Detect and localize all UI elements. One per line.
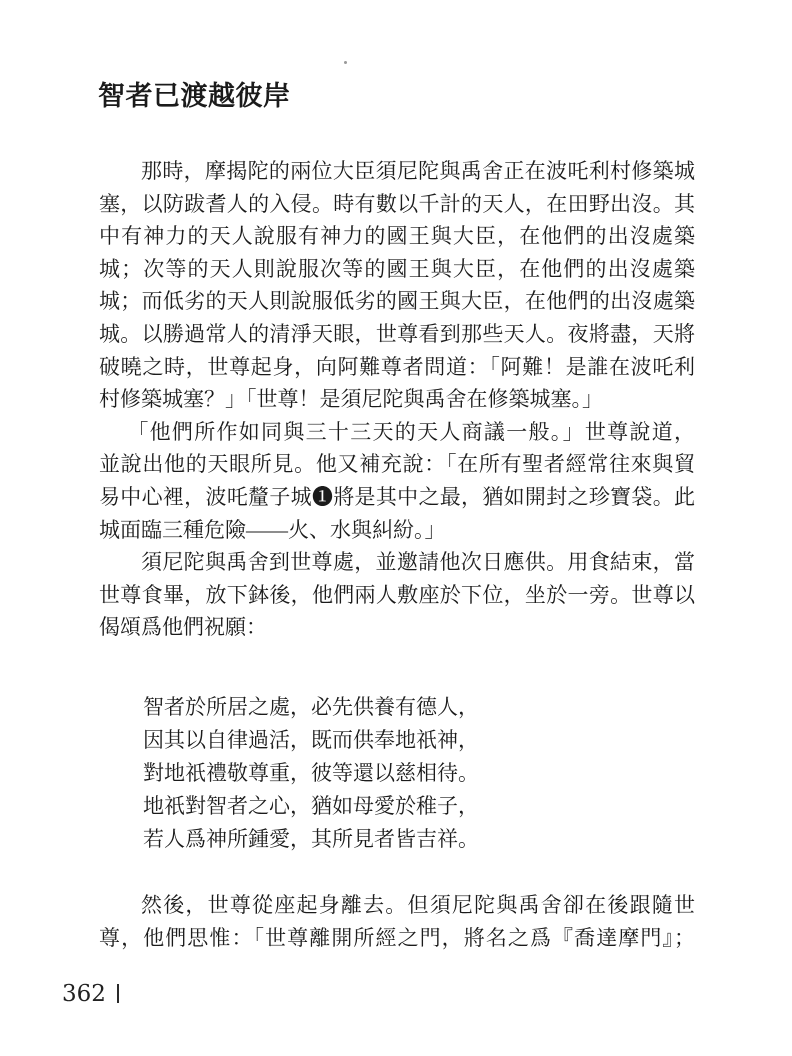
text-line: 易中心裡，波吒釐子城❶將是其中之最，猶如開封之珍寶袋。此 (99, 481, 695, 514)
text-line: 然後，世尊從座起身離去。但須尼陀與禹舍卻在後跟隨世 (99, 889, 695, 922)
verse-line: 地祇對智者之心，猶如母愛於稚子， (143, 790, 479, 823)
text-line: 城；次等的天人則說服次等的國王與大臣，在他們的出沒處築 (99, 253, 695, 286)
text-line: 世尊食畢，放下鉢後，他們兩人敷座於下位，坐於一旁。世尊以 (99, 579, 695, 612)
chapter-title: 智者已渡越彼岸 (98, 80, 291, 112)
body-text: 那時，摩揭陀的兩位大臣須尼陀與禹舍正在波吒利村修築城 塞，以防跋耆人的入侵。時有… (99, 155, 695, 644)
text-line: 並說出他的天眼所見。他又補充說：「在所有聖者經常往來與貿 (99, 448, 695, 481)
page-number-divider (117, 984, 119, 1003)
text-line: 城；而低劣的天人則說服低劣的國王與大臣，在他們的出沒處築 (99, 285, 695, 318)
text-line: 村修築城塞？」「世尊！是須尼陀與禹舍在修築城塞。」 (99, 383, 695, 416)
verse-line: 智者於所居之處，必先供養有德人， (143, 691, 479, 724)
text-line: 偈頌爲他們祝願： (99, 611, 695, 644)
verse-line: 若人爲神所鍾愛，其所見者皆吉祥。 (143, 823, 479, 856)
text-line: 須尼陀與禹舍到世尊處，並邀請他次日應供。用食結束，當 (99, 546, 695, 579)
page-number-area: 362 (62, 981, 119, 1007)
text-line: 破曉之時，世尊起身，向阿難尊者問道：「阿難！是誰在波吒利 (99, 351, 695, 384)
verse-line: 因其以自律過活，既而供奉地祇神， (143, 724, 479, 757)
verse: 智者於所居之處，必先供養有德人， 因其以自律過活，既而供奉地祇神， 對地祇禮敬尊… (143, 691, 479, 856)
closing-paragraph: 然後，世尊從座起身離去。但須尼陀與禹舍卻在後跟隨世 尊，他們思惟：「世尊離開所經… (99, 889, 695, 954)
page-number: 362 (62, 981, 106, 1007)
text-line: 「他們所作如同與三十三天的天人商議一般。」世尊說道， (99, 416, 695, 449)
text-line: 尊，他們思惟：「世尊離開所經之門，將名之爲『喬達摩門』； (99, 922, 695, 955)
text-line: 那時，摩揭陀的兩位大臣須尼陀與禹舍正在波吒利村修築城 (99, 155, 695, 188)
verse-line: 對地祇禮敬尊重，彼等還以慈相待。 (143, 757, 479, 790)
text-line: 中有神力的天人說服有神力的國王與大臣，在他們的出沒處築 (99, 220, 695, 253)
text-line: 塞，以防跋耆人的入侵。時有數以千計的天人，在田野出沒。其 (99, 188, 695, 221)
text-line: 城。以勝過常人的清淨天眼，世尊看到那些天人。夜將盡，天將 (99, 318, 695, 351)
scan-speck (344, 61, 347, 64)
text-line: 城面臨三種危險——火、水與糾紛。」 (99, 514, 695, 547)
book-page: 智者已渡越彼岸 那時，摩揭陀的兩位大臣須尼陀與禹舍正在波吒利村修築城 塞，以防跋… (0, 0, 792, 1056)
